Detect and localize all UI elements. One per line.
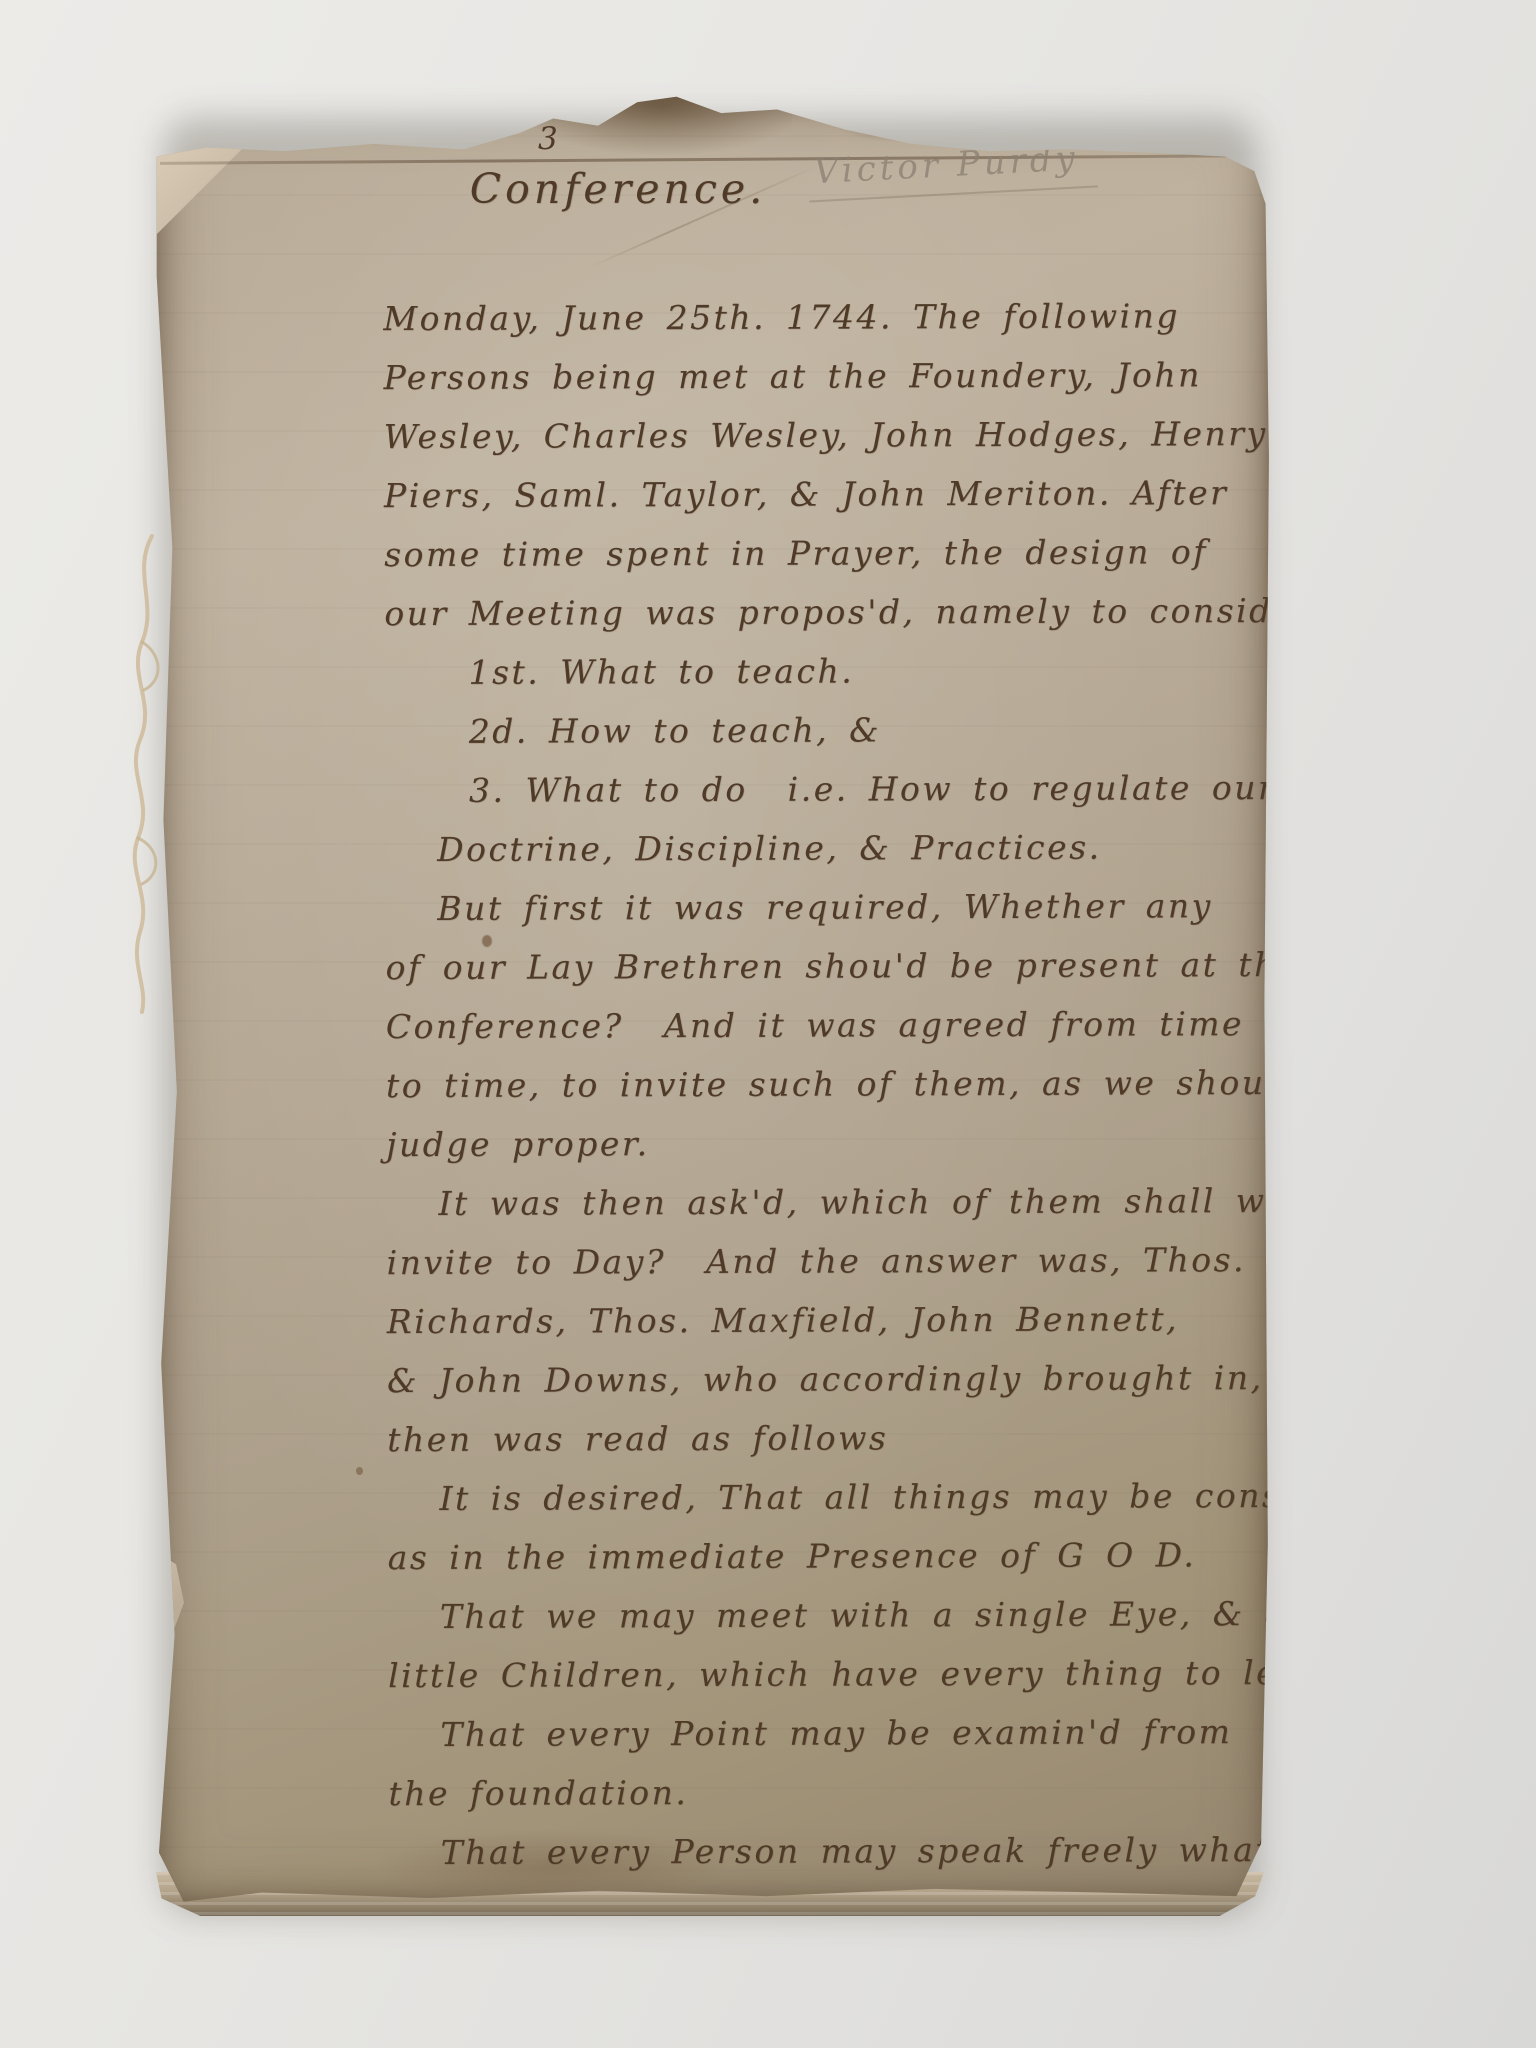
manuscript-line-text: Richards, Thos. Maxfield, John Bennett, xyxy=(387,1299,1179,1341)
page-number: 3 xyxy=(538,121,559,157)
manuscript-line-text: It was then ask'd, which of them shall w… xyxy=(438,1181,1288,1223)
page-title: Conference. xyxy=(378,165,858,213)
manuscript-line-text: Conference? And it was agreed from time xyxy=(386,1004,1244,1046)
manuscript-line-text: little Children, which have every thing … xyxy=(388,1653,1355,1695)
manuscript-line-text: some time spent in Prayer, the design of xyxy=(384,532,1208,574)
manuscript-line-text: It is desired, That all things may be co… xyxy=(439,1476,1393,1518)
manuscript-page: 3 Conference. Victor Purdy Monday, June … xyxy=(150,95,1270,1907)
manuscript-line-text: judge proper. xyxy=(386,1124,649,1164)
manuscript-line-text: 3. What to do i.e. How to regulate our xyxy=(469,768,1276,810)
manuscript-line-text: But first it was required, Whether any xyxy=(437,886,1213,928)
manuscript-line-text: & John Downs, who accordingly brought in… xyxy=(387,1358,1264,1400)
manuscript-line-text: the foundation. xyxy=(388,1773,688,1813)
manuscript-line-text: 2d. How to teach, & xyxy=(469,710,881,750)
manuscript-line-text: as in the immediate Presence of G O D. xyxy=(388,1535,1197,1577)
manuscript-line-text: Wesley, Charles Wesley, John Hodges, Hen… xyxy=(384,414,1268,456)
manuscript-line-text: invite to Day? And the answer was, Thos. xyxy=(387,1240,1247,1282)
manuscript-line-text: of our Lay Brethren shou'd be present at… xyxy=(386,945,1300,987)
manuscript-line: Monday, June 25th. 1744. The following xyxy=(183,227,1229,290)
manuscript-line-text: That we may meet with a single Eye, & as xyxy=(440,1594,1306,1636)
manuscript-line-text: That every Point may be examin'd from xyxy=(440,1712,1232,1754)
manuscript-body: Monday, June 25th. 1744. The following P… xyxy=(183,227,1235,1883)
manuscript-line-text: That every Person may speak freely what- xyxy=(441,1830,1285,1872)
manuscript-line-text: to time, to invite such of them, as we s… xyxy=(386,1063,1301,1105)
manuscript-line-text: Piers, Saml. Taylor, & John Meriton. Aft… xyxy=(384,473,1229,515)
manuscript-line-text: our Meeting was propos'd, namely to cons… xyxy=(384,591,1322,633)
manuscript-line-text: Monday, June 25th. 1744. The following xyxy=(383,296,1180,338)
photo-of-manuscript: 3 Conference. Victor Purdy Monday, June … xyxy=(0,0,1536,2048)
stain xyxy=(522,95,792,155)
manuscript-line-text: Doctrine, Discipline, & Practices. xyxy=(437,828,1102,869)
manuscript-line-text: 1st. What to teach. xyxy=(469,651,855,691)
manuscript-line-text: then was read as follows xyxy=(387,1418,888,1459)
manuscript-line-text: Persons being met at the Foundery, John xyxy=(383,355,1201,397)
